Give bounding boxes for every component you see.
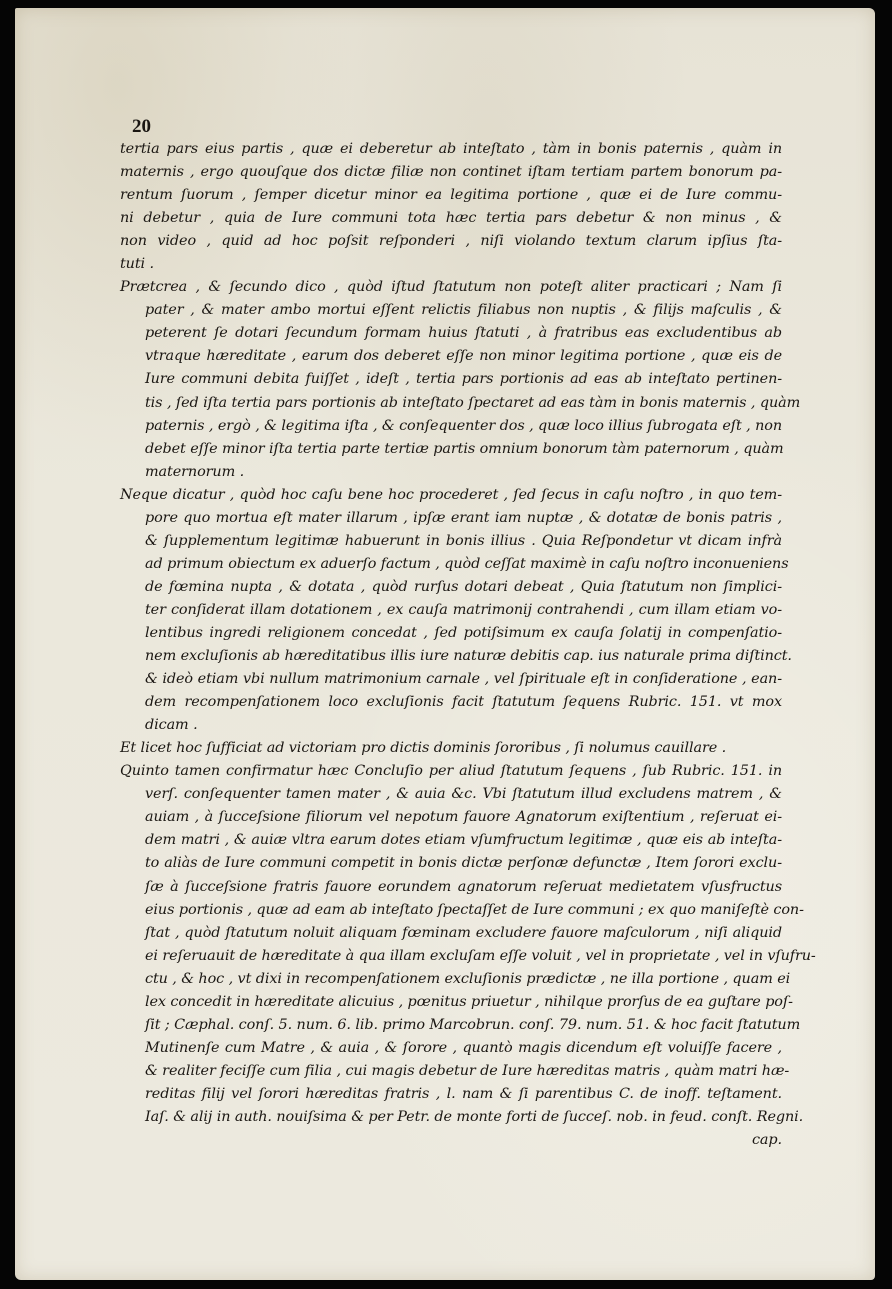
text-line: peterent ſe dotari ſecundum formam huius… [145,322,782,345]
text-line: dem matri , & auiæ vltra earum dotes eti… [145,829,782,852]
text-line: ſit ; Cæphal. conſ. 5. num. 6. lib. prim… [145,1014,782,1037]
book-page: 20 tertia pars eius partis , quæ ei debe… [15,8,875,1280]
text-line: lex concedit in hæreditate alicuius , pœ… [145,991,782,1014]
text-line: ſæ à ſucceſsione fratris fauore eorundem… [145,876,782,899]
text-line: Mutinenſe cum Matre , & auia , & ſorore … [145,1037,782,1060]
text-line: paternis , ergò , & legitima iſta , & co… [145,415,782,438]
text-line: Neque dicatur , quòd hoc caſu bene hoc p… [120,484,782,507]
text-line: maternorum . [145,461,782,484]
text-line: & ideò etiam vbi nullum matrimonium carn… [145,668,782,691]
text-line: ſtat , quòd ſtatutum noluit aliquam fœmi… [145,922,782,945]
text-line: Quinto tamen confirmatur hæc Concluſio p… [120,760,782,783]
text-line: de fœmina nupta , & dotata , quòd rurſus… [145,576,782,599]
text-line: ter conſiderat illam dotationem , ex cau… [145,599,782,622]
text-line: pater , & mater ambo mortui eſſent relic… [145,299,782,322]
text-line: non video , quid ad hoc poſsit reſponder… [120,230,782,253]
text-line: verſ. conſequenter tamen mater , & auia … [145,783,782,806]
text-line: reditas filij vel ſorori hæreditas fratr… [145,1083,782,1106]
text-line: & realiter feciſſe cum filia , cui magis… [145,1060,782,1083]
body-text: tertia pars eius partis , quæ ei deberet… [120,138,782,1152]
text-line: ei reſeruauit de hæreditate à qua illam … [145,945,782,968]
text-line: maternis , ergo quouſque dos dictæ filiæ… [120,161,782,184]
text-line: dicam . [145,714,782,737]
text-line: dem recompenſationem loco excluſionis fa… [145,691,782,714]
text-line: Iure communi debita fuiſſet , ideſt , te… [145,368,782,391]
paragraph-continuation: tertia pars eius partis , quæ ei deberet… [120,138,782,276]
paragraph-quinto-tamen: Quinto tamen confirmatur hæc Concluſio p… [120,760,782,1129]
paragraph-praeterea: Prætcrea , & ſecundo dico , quòd iſtud ſ… [120,276,782,483]
text-line: nem excluſionis ab hæreditatibus illis i… [145,645,782,668]
text-line: rentum ſuorum , ſemper dicetur minor ea … [120,184,782,207]
text-line: & ſupplementum legitimæ habuerunt in bon… [145,530,782,553]
paragraph-neque-dicatur: Neque dicatur , quòd hoc caſu bene hoc p… [120,484,782,738]
text-line: ni debetur , quia de Iure communi tota h… [120,207,782,230]
text-line: Prætcrea , & ſecundo dico , quòd iſtud ſ… [120,276,782,299]
catchword: cap. [120,1129,782,1152]
text-line: eius portionis , quæ ad eam ab inteſtato… [145,899,782,922]
text-line: pore quo mortua eſt mater illarum , ipſæ… [145,507,782,530]
text-line: auiam , à ſucceſsione filiorum vel nepot… [145,806,782,829]
paragraph-et-licet: Et licet hoc ſufficiat ad victoriam pro … [120,737,782,760]
text-line: tis , ſed iſta tertia pars portionis ab … [145,392,782,415]
text-line: lentibus ingredi religionem concedat , ſ… [145,622,782,645]
text-line: ad primum obiectum ex aduerſo factum , q… [145,553,782,576]
page-number: 20 [132,116,151,138]
text-line: ctu , & hoc , vt dixi in recompenſatione… [145,968,782,991]
text-line: to aliàs de Iure communi competit in bon… [145,852,782,875]
text-line: debet eſſe minor iſta tertia parte terti… [145,438,782,461]
text-line: vtraque hæreditate , earum dos deberet e… [145,345,782,368]
text-line: Et licet hoc ſufficiat ad victoriam pro … [120,737,782,760]
text-line: tuti . [120,253,782,276]
text-line: Iaſ. & alij in auth. nouiſsima & per Pet… [145,1106,782,1129]
text-line: tertia pars eius partis , quæ ei deberet… [120,138,782,161]
